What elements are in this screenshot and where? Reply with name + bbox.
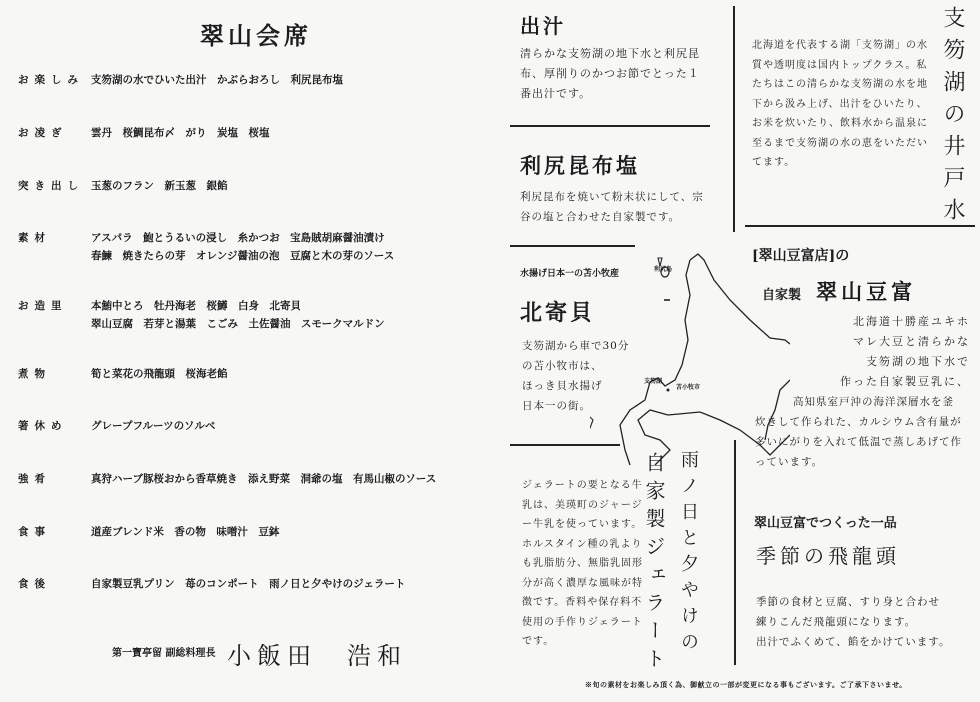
tofu-title: 自家製 翠山豆富	[762, 276, 916, 306]
tofu-shop: [翠山豆富店]の	[752, 245, 849, 265]
course-items: 道産ブレンド米 香の物 味噌汁 豆鉢	[91, 522, 279, 542]
text-line: 作った自家製豆乳に、	[830, 372, 970, 392]
gelato-title-line1: 雨ノ日と夕やけの	[676, 450, 700, 658]
course-label: 強肴	[18, 469, 88, 489]
divider	[510, 125, 710, 127]
hiryozu-heading: 季節の飛龍頭	[756, 540, 900, 569]
course-row: 食後 自家製豆乳プリン 苺のコンポート 雨ノ日と夕やけのジェラート	[18, 574, 498, 594]
course-items: 春鰊 焼きたらの芽 オレンジ醤油の泡 豆腐と木の芽のソース	[91, 246, 394, 266]
course-label: 素材	[18, 228, 88, 248]
course-items: 真狩ハーブ豚桜おから香草焼き 添え野菜 洞爺の塩 有馬山椒のソース	[91, 469, 436, 489]
text-line: マレ大豆と清らかな	[830, 332, 970, 352]
map-label-shikotsu: 支笏湖	[644, 376, 662, 385]
course-items: 翠山豆腐 若芽と湯葉 こごみ 土佐醤油 スモークマルドン	[91, 314, 385, 334]
text-line: 支笏湖の地下水で	[830, 352, 970, 372]
course-items: アスパラ 鮑とうるいの浸し 糸かつお 宝島賊胡麻醤油漬け	[91, 228, 385, 248]
course-row: 煮物 筍と菜花の飛龍頭 桜海老餡	[18, 364, 498, 384]
course-row: 突き出し 玉葱のフラン 新玉葱 銀餡	[18, 176, 498, 196]
course-items: 玉葱のフラン 新玉葱 銀餡	[91, 176, 228, 196]
chef-signature: 第一寶亭留 副総料理長 小飯田 浩和	[112, 636, 407, 671]
map-label-rishiri: 利尻島	[654, 264, 672, 273]
text-line: 出汁でふくめて、餡をかけています。	[756, 632, 950, 652]
divider	[510, 444, 620, 446]
course-label: 食後	[18, 574, 88, 594]
course-label: お楽しみ	[18, 70, 88, 90]
tofu-heading: 翠山豆富	[816, 279, 916, 304]
course-items: 雲丹 桜鯛昆布〆 がり 炭塩 桜塩	[91, 123, 270, 143]
divider-vertical	[733, 6, 735, 232]
text-line: 北海道十勝産ユキホ	[830, 312, 970, 332]
course-label: 食事	[18, 522, 88, 542]
course-row: 箸休め グレープフルーツのソルベ	[18, 416, 498, 436]
course-label: お造里	[18, 296, 88, 316]
divider-vertical	[734, 440, 736, 665]
gelato-text: ジェラートの要となる牛乳は、美瑛町のジャージー牛乳を使っています。ホルスタイン種…	[522, 476, 650, 652]
course-row: 食事 道産ブレンド米 香の物 味噌汁 豆鉢	[18, 522, 498, 542]
course-items: 支笏湖の水でひいた出汁 かぶらおろし 利尻昆布塩	[91, 70, 343, 90]
hokki-heading: 北寄貝	[520, 296, 595, 327]
rishiri-text: 利尻昆布を焼いて粉末状にして、宗谷の塩と合わせた自家製です。	[520, 187, 710, 227]
tofu-text: 高知県室戸沖の海洋深層水を釜炊きして作られた、カルシウム含有量が多いにがりを入れ…	[755, 392, 963, 472]
course-row: お造里 本鮪中とろ 牡丹海老 桜鱒 白身 北寄貝 翠山豆腐 若芽と湯葉 こごみ …	[18, 296, 498, 336]
tofu-prefix: 自家製	[762, 288, 801, 303]
hiryozu-subheading: 翠山豆富でつくった一品	[754, 512, 897, 531]
well-title: 支笏湖の井戸水	[940, 6, 964, 230]
footnote: ※旬の素材をお楽しみ頂く為、御献立の一部が変更になる事もございます。ご了承下さい…	[585, 680, 907, 690]
course-items: グレープフルーツのソルベ	[91, 416, 215, 436]
dashi-text: 清らかな支笏湖の地下水と利尻昆布、厚削りのかつお節でとった１番出汁です。	[520, 44, 710, 104]
course-row: 素材 アスパラ 鮑とうるいの浸し 糸かつお 宝島賊胡麻醤油漬け 春鰊 焼きたらの…	[18, 228, 498, 268]
course-label: 突き出し	[18, 176, 88, 196]
course-row: お凌ぎ 雲丹 桜鯛昆布〆 がり 炭塩 桜塩	[18, 123, 498, 143]
chef-name: 小飯田 浩和	[227, 642, 407, 670]
dashi-heading: 出汁	[520, 10, 566, 39]
text-line: 練りこんだ飛龍頭になります。	[756, 612, 950, 632]
menu-title: 翠山会席	[200, 16, 312, 51]
course-row: お楽しみ 支笏湖の水でひいた出汁 かぶらおろし 利尻昆布塩	[18, 70, 498, 90]
course-row: 強肴 真狩ハーブ豚桜おから香草焼き 添え野菜 洞爺の塩 有馬山椒のソース	[18, 469, 498, 489]
well-text: 北海道を代表する湖「支笏湖」の水質や透明度は国内トップクラス。私たちはこの清らか…	[752, 36, 928, 173]
chef-role: 第一寶亭留 副総料理長	[112, 648, 215, 659]
text-line: 季節の食材と豆腐、すり身と合わせ	[756, 592, 950, 612]
course-items: 筍と菜花の飛龍頭 桜海老餡	[91, 364, 228, 384]
course-label: お凌ぎ	[18, 123, 88, 143]
course-label: 煮物	[18, 364, 88, 384]
course-label: 箸休め	[18, 416, 88, 436]
course-items: 本鮪中とろ 牡丹海老 桜鱒 白身 北寄貝	[91, 296, 301, 316]
course-items: 自家製豆乳プリン 苺のコンポート 雨ノ日と夕やけのジェラート	[91, 574, 405, 594]
hiryozu-text: 季節の食材と豆腐、すり身と合わせ 練りこんだ飛龍頭になります。 出汁でふくめて、…	[756, 592, 950, 652]
rishiri-heading: 利尻昆布塩	[520, 150, 640, 180]
tofu-lines: 北海道十勝産ユキホ マレ大豆と清らかな 支笏湖の地下水で 作った自家製豆乳に、	[830, 312, 970, 392]
map-label-tomakomai: 苫小牧市	[676, 382, 700, 391]
divider	[745, 225, 975, 227]
